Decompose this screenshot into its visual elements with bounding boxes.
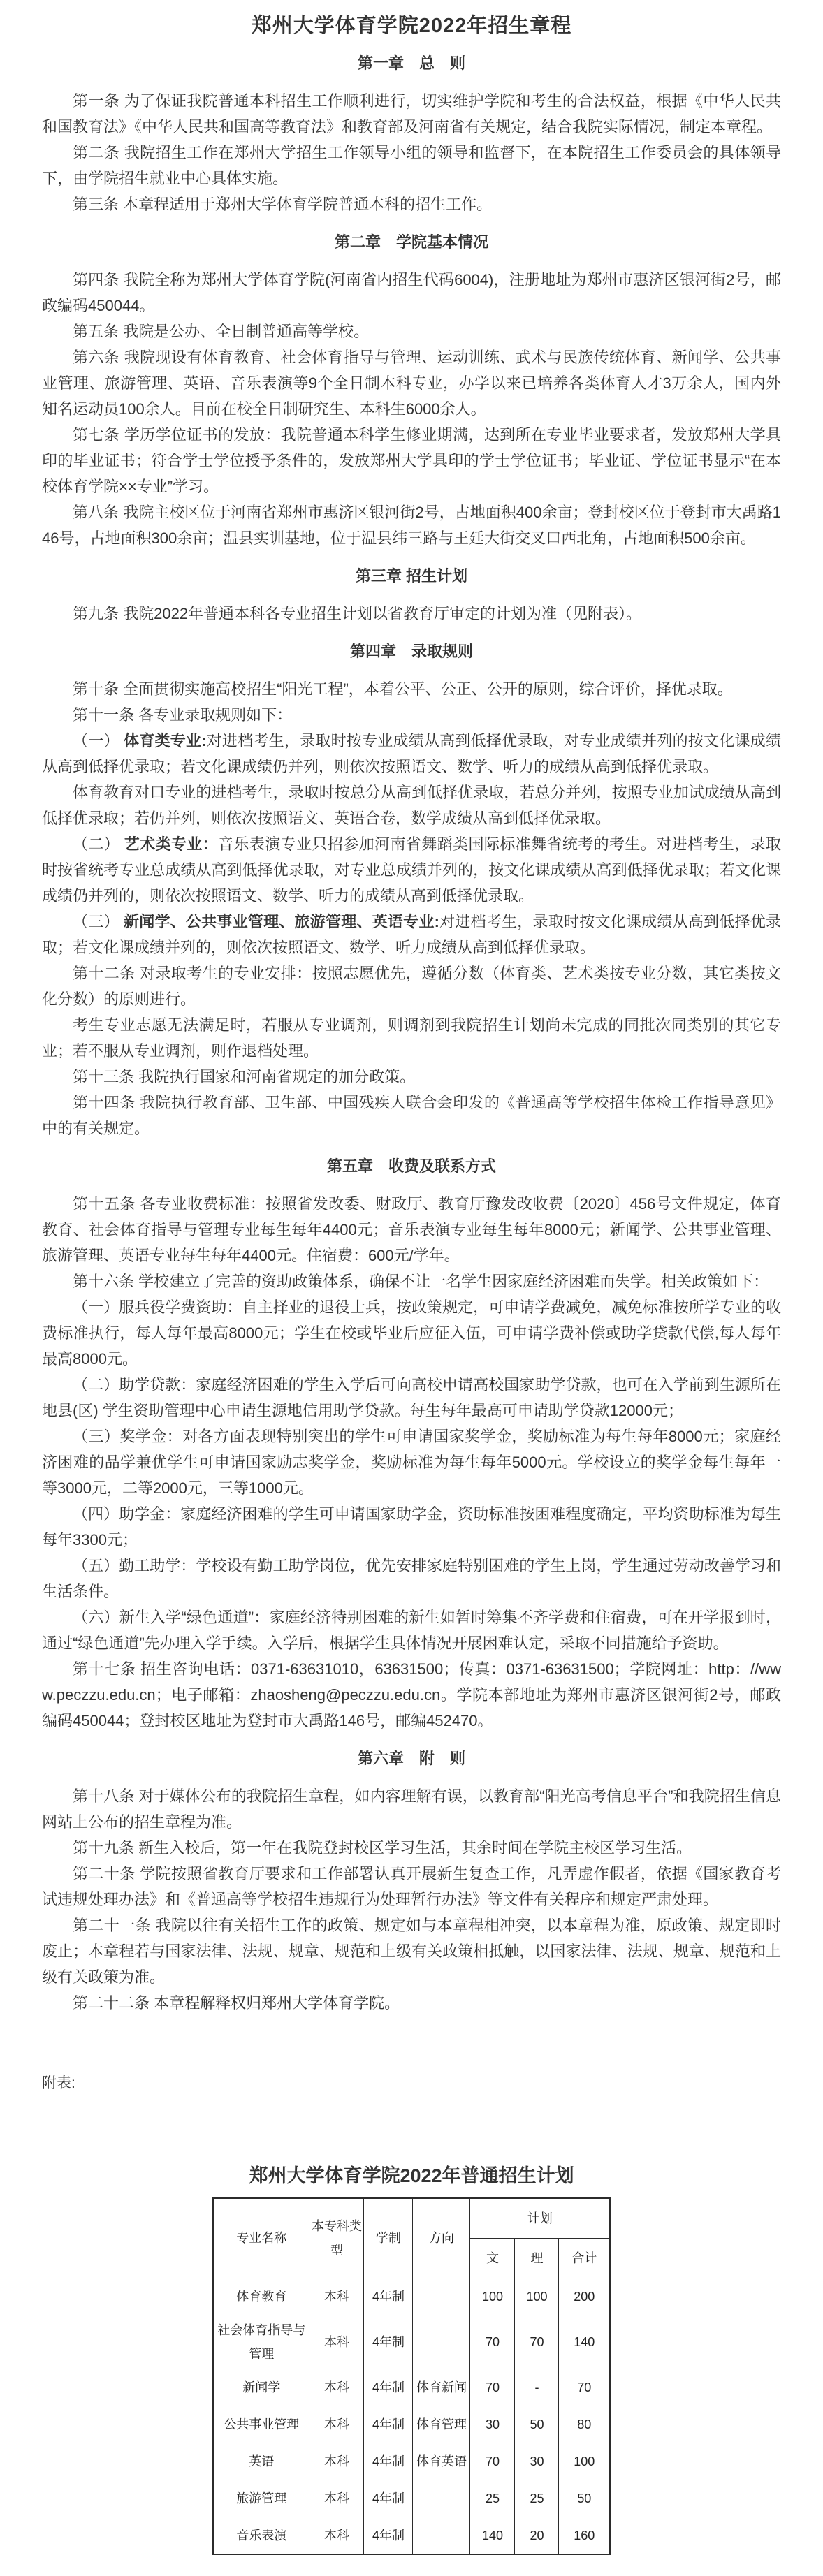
chapter-heading: 第四章 录取规则 — [42, 638, 781, 664]
header-type: 本专科类型 — [309, 2198, 364, 2278]
table-cell: 70 — [470, 2315, 515, 2369]
paragraph: （六）新生入学“绿色通道”：家庭经济特别困难的新生如暂时筹集不齐学费和住宿费，可… — [42, 1604, 781, 1656]
table-cell: 本科 — [309, 2315, 364, 2369]
chapter-heading: 第六章 附 则 — [42, 1746, 781, 1771]
header-li: 理 — [515, 2239, 559, 2278]
paragraph: 第十七条 招生咨询电话：0371-63631010，63631500；传真：03… — [42, 1656, 781, 1734]
table-cell: 25 — [515, 2480, 559, 2517]
table-cell — [413, 2315, 470, 2369]
table-cell: 体育管理 — [413, 2406, 470, 2443]
paragraph: （一） 体育类专业:对进档考生，录取时按专业成绩从高到低择优录取，对专业成绩并列… — [42, 728, 781, 780]
paragraph: 第九条 我院2022年普通本科各专业招生计划以省教育厅审定的计划为准（见附表）。 — [42, 601, 781, 627]
paragraph: 第八条 我院主校区位于河南省郑州市惠济区银河街2号，占地面积400余亩；登封校区… — [42, 499, 781, 551]
paragraph: （三） 新闻学、公共事业管理、旅游管理、英语专业:对进档考生，录取时按文化课成绩… — [42, 909, 781, 960]
table-cell: 70 — [470, 2443, 515, 2480]
table-cell — [413, 2480, 470, 2517]
paragraph: 第十四条 我院执行教育部、卫生部、中国残疾人联合会印发的《普通高等学校招生体检工… — [42, 1090, 781, 1141]
chapter-heading: 第一章 总 则 — [42, 50, 781, 76]
paragraph: 第十条 全面贯彻实施高校招生“阳光工程”，本着公平、公正、公开的原则，综合评价，… — [42, 676, 781, 702]
table-row: 公共事业管理本科4年制体育管理305080 — [213, 2406, 610, 2443]
table-cell: 100 — [515, 2278, 559, 2315]
paragraph: 第十八条 对于媒体公布的我院招生章程，如内容理解有误，以教育部“阳光高考信息平台… — [42, 1783, 781, 1835]
paragraph: 第十一条 各专业录取规则如下： — [42, 702, 781, 728]
plan-table-title: 郑州大学体育学院2022年普通招生计划 — [42, 2160, 781, 2188]
table-cell: 25 — [470, 2480, 515, 2517]
paragraph: 第十三条 我院执行国家和河南省规定的加分政策。 — [42, 1064, 781, 1090]
table-cell: 160 — [559, 2517, 610, 2555]
table-cell: 英语 — [213, 2443, 309, 2480]
table-row: 音乐表演本科4年制14020160 — [213, 2517, 610, 2555]
table-cell: 80 — [559, 2406, 610, 2443]
paragraph: 考生专业志愿无法满足时，若服从专业调剂，则调剂到我院招生计划尚未完成的同批次同类… — [42, 1012, 781, 1064]
table-cell: 体育英语 — [413, 2443, 470, 2480]
table-cell: 50 — [515, 2406, 559, 2443]
paragraph: 第三条 本章程适用于郑州大学体育学院普通本科的招生工作。 — [42, 191, 781, 217]
table-cell: 4年制 — [364, 2315, 413, 2369]
plan-table: 专业名称 本专科类型 学制 方向 计划 文 理 合计 体育教育本科4年制1001… — [212, 2197, 611, 2555]
table-row: 体育教育本科4年制100100200 — [213, 2278, 610, 2315]
paragraph: 第二条 我院招生工作在郑州大学招生工作领导小组的领导和监督下，在本院招生工作委员… — [42, 140, 781, 191]
table-cell: 新闻学 — [213, 2369, 309, 2406]
document-title: 郑州大学体育学院2022年招生章程 — [42, 10, 781, 38]
table-cell: 4年制 — [364, 2517, 413, 2555]
chapter-heading: 第五章 收费及联系方式 — [42, 1153, 781, 1179]
paragraph: （四）助学金：家庭经济困难的学生可申请国家助学金，资助标准按困难程度确定，平均资… — [42, 1501, 781, 1553]
table-cell: 体育教育 — [213, 2278, 309, 2315]
paragraph: 第十五条 各专业收费标准：按照省发改委、财政厅、教育厅豫发改收费〔2020〕45… — [42, 1191, 781, 1268]
document-body: 第一章 总 则第一条 为了保证我院普通本科招生工作顺利进行，切实维护学院和考生的… — [42, 50, 781, 2016]
table-cell — [413, 2517, 470, 2555]
table-cell: 本科 — [309, 2278, 364, 2315]
paragraph: 第六条 我院现设有体育教育、社会体育指导与管理、运动训练、武术与民族传统体育、新… — [42, 344, 781, 422]
paragraph: 第四条 我院全称为郑州大学体育学院(河南省内招生代码6004)，注册地址为郑州市… — [42, 267, 781, 319]
table-row: 旅游管理本科4年制252550 — [213, 2480, 610, 2517]
table-cell: 本科 — [309, 2369, 364, 2406]
table-row: 社会体育指导与管理本科4年制7070140 — [213, 2315, 610, 2369]
table-cell: 50 — [559, 2480, 610, 2517]
paragraph: （三）奖学金：对各方面表现特别突出的学生可申请国家奖学金，奖励标准为每生每年80… — [42, 1424, 781, 1501]
paragraph: （二） 艺术类专业：音乐表演专业只招参加河南省舞蹈类国际标准舞省统考的考生。对进… — [42, 831, 781, 909]
table-cell: 体育新闻 — [413, 2369, 470, 2406]
table-cell: 4年制 — [364, 2443, 413, 2480]
table-row: 英语本科4年制体育英语7030100 — [213, 2443, 610, 2480]
table-cell: 200 — [559, 2278, 610, 2315]
paragraph: 第二十一条 我院以往有关招生工作的政策、规定如与本章程相冲突，以本章程为准，原政… — [42, 1912, 781, 1990]
paragraph: 第十六条 学校建立了完善的资助政策体系，确保不让一名学生因家庭经济困难而失学。相… — [42, 1268, 781, 1294]
table-cell: 旅游管理 — [213, 2480, 309, 2517]
paragraph: （五）勤工助学：学校设有勤工助学岗位，优先安排家庭特别困难的学生上岗，学生通过劳… — [42, 1553, 781, 1604]
table-cell: 本科 — [309, 2480, 364, 2517]
table-cell: - — [515, 2369, 559, 2406]
table-cell: 30 — [515, 2443, 559, 2480]
table-cell: 140 — [470, 2517, 515, 2555]
document-page: 郑州大学体育学院2022年招生章程 第一章 总 则第一条 为了保证我院普通本科招… — [0, 0, 823, 2576]
table-cell: 4年制 — [364, 2369, 413, 2406]
table-cell: 4年制 — [364, 2480, 413, 2517]
table-cell: 4年制 — [364, 2278, 413, 2315]
paragraph: 第十九条 新生入校后，第一年在我院登封校区学习生活，其余时间在学院主校区学习生活… — [42, 1835, 781, 1861]
table-cell: 70 — [559, 2369, 610, 2406]
paragraph: 第五条 我院是公办、全日制普通高等学校。 — [42, 319, 781, 344]
plan-table-body: 体育教育本科4年制100100200社会体育指导与管理本科4年制7070140新… — [213, 2278, 610, 2555]
table-cell: 本科 — [309, 2517, 364, 2555]
table-cell: 本科 — [309, 2443, 364, 2480]
paragraph: （二）助学贷款：家庭经济困难的学生入学后可向高校申请高校国家助学贷款，也可在入学… — [42, 1372, 781, 1424]
paragraph: 第十二条 对录取考生的专业安排：按照志愿优先，遵循分数（体育类、艺术类按专业分数… — [42, 960, 781, 1012]
paragraph: 第二十二条 本章程解释权归郑州大学体育学院。 — [42, 1990, 781, 2016]
paragraph: 第一条 为了保证我院普通本科招生工作顺利进行，切实维护学院和考生的合法权益，根据… — [42, 88, 781, 140]
table-cell: 70 — [470, 2369, 515, 2406]
paragraph: 第二十条 学院按照省教育厅要求和工作部署认真开展新生复查工作，凡弄虚作假者，依据… — [42, 1861, 781, 1912]
table-row: 新闻学本科4年制体育新闻70-70 — [213, 2369, 610, 2406]
table-cell: 4年制 — [364, 2406, 413, 2443]
table-cell: 音乐表演 — [213, 2517, 309, 2555]
chapter-heading: 第三章 招生计划 — [42, 563, 781, 589]
table-header-row: 专业名称 本专科类型 学制 方向 计划 — [213, 2198, 610, 2239]
table-cell: 本科 — [309, 2406, 364, 2443]
chapter-heading: 第二章 学院基本情况 — [42, 229, 781, 255]
paragraph: 第七条 学历学位证书的发放：我院普通本科学生修业期满，达到所在专业毕业要求者，发… — [42, 422, 781, 499]
table-cell: 100 — [559, 2443, 610, 2480]
header-duration: 学制 — [364, 2198, 413, 2278]
header-wen: 文 — [470, 2239, 515, 2278]
paragraph: 体育教育对口专业的进档考生，录取时按总分从高到低择优录取，若总分并列，按照专业加… — [42, 780, 781, 831]
table-cell: 30 — [470, 2406, 515, 2443]
table-cell: 公共事业管理 — [213, 2406, 309, 2443]
header-total: 合计 — [559, 2239, 610, 2278]
header-plan: 计划 — [470, 2198, 610, 2239]
table-cell: 70 — [515, 2315, 559, 2369]
paragraph: （一）服兵役学费资助：自主择业的退役士兵，按政策规定，可申请学费减免，减免标准按… — [42, 1294, 781, 1372]
table-cell — [413, 2278, 470, 2315]
appendix-label: 附表: — [42, 2070, 781, 2096]
table-cell: 100 — [470, 2278, 515, 2315]
table-cell: 140 — [559, 2315, 610, 2369]
header-major: 专业名称 — [213, 2198, 309, 2278]
table-cell: 社会体育指导与管理 — [213, 2315, 309, 2369]
header-direction: 方向 — [413, 2198, 470, 2278]
table-cell: 20 — [515, 2517, 559, 2555]
